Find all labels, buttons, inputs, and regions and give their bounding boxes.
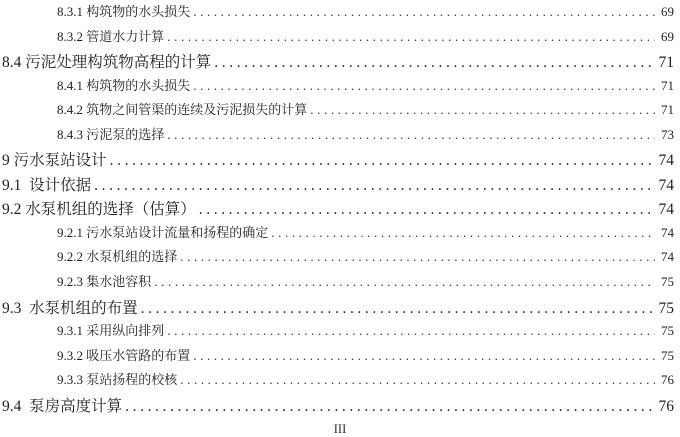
toc-entry-leader: ........................................…	[167, 323, 655, 339]
toc-entry[interactable]: 8.4.1 构筑物的水头损失 .........................…	[0, 75, 680, 100]
toc-entry[interactable]: 9.2.3 集水池容积 ............................…	[0, 271, 680, 296]
toc-entry-label: 9.1 设计依据	[2, 173, 91, 195]
toc-entry-label: 9.3 水泵机组的布置	[2, 296, 138, 318]
toc-entry[interactable]: 9.3.1 采用纵向排列 ...........................…	[0, 320, 680, 345]
toc-entry-leader: ........................................…	[310, 102, 655, 118]
toc-entry-page: 75	[656, 348, 674, 364]
document-page: 8.3.1 构筑物的水头损失 .........................…	[0, 0, 680, 437]
toc-entry[interactable]: 8.3.1 构筑物的水头损失 .........................…	[0, 1, 680, 26]
toc-entry[interactable]: 9.4 泵房高度计算 .............................…	[0, 394, 680, 419]
toc-entry-page: 76	[656, 372, 674, 388]
toc-entry-page: 74	[656, 152, 674, 170]
toc-entry-page: 76	[656, 398, 674, 416]
toc-entry[interactable]: 9.2.2 水泵机组的选择 ..........................…	[0, 246, 680, 271]
toc-entry-page: 73	[656, 127, 674, 143]
toc-entry-leader: ........................................…	[125, 398, 655, 416]
toc-entry-page: 71	[656, 102, 674, 118]
toc-entry-leader: ........................................…	[199, 201, 655, 219]
toc-entry-page: 74	[656, 201, 674, 219]
toc-entry-page: 71	[656, 54, 674, 72]
toc-entry[interactable]: 9 污水泵站设计 ...............................…	[0, 148, 680, 173]
toc-entry-page: 74	[656, 225, 674, 241]
toc-entry-label: 8.4.1 构筑物的水头损失	[57, 75, 190, 94]
toc-entry-label: 9 污水泵站设计	[2, 148, 107, 170]
toc-entry-leader: ........................................…	[154, 274, 655, 290]
toc-entry-leader: ........................................…	[193, 4, 655, 20]
toc-entry-leader: ........................................…	[214, 54, 655, 72]
toc-entry-leader: ........................................…	[141, 300, 655, 318]
toc-entry-label: 9.3.2 吸压水管路的布置	[57, 345, 190, 364]
toc-entry-label: 8.4 污泥处理构筑物高程的计算	[2, 50, 211, 72]
toc-entry[interactable]: 9.3.2 吸压水管路的布置 .........................…	[0, 345, 680, 370]
toc-entry-leader: ........................................…	[271, 225, 655, 241]
toc-entry-label: 9.4 泵房高度计算	[2, 394, 122, 416]
toc-entry-label: 9.3.1 采用纵向排列	[57, 320, 164, 339]
toc-entry-leader: ........................................…	[94, 177, 655, 195]
toc-entry-leader: ........................................…	[110, 152, 655, 170]
toc-entry[interactable]: 9.1 设计依据 ...............................…	[0, 173, 680, 198]
toc-entry-page: 75	[656, 274, 674, 290]
toc-entry-page: 74	[656, 177, 674, 195]
toc-entry-leader: ........................................…	[193, 348, 655, 364]
toc-entry-leader: ........................................…	[193, 78, 655, 94]
toc-entry-page: 69	[656, 4, 674, 20]
toc-entry-label: 9.2.2 水泵机组的选择	[57, 246, 177, 265]
toc-entry[interactable]: 9.3 水泵机组的布置 ............................…	[0, 296, 680, 321]
toc-entry-page: 69	[656, 29, 674, 45]
toc-list: 8.3.1 构筑物的水头损失 .........................…	[0, 1, 680, 418]
toc-entry-leader: ........................................…	[167, 29, 655, 45]
toc-entry[interactable]: 8.4.3 污泥泵的选择 ...........................…	[0, 124, 680, 149]
toc-entry-leader: ........................................…	[180, 249, 655, 265]
toc-entry[interactable]: 9.2 水泵机组的选择（估算） ........................…	[0, 197, 680, 222]
toc-entry-label: 9.2 水泵机组的选择（估算）	[2, 197, 196, 219]
toc-entry-page: 75	[656, 323, 674, 339]
toc-entry-label: 8.4.3 污泥泵的选择	[57, 124, 164, 143]
toc-entry-page: 75	[656, 300, 674, 318]
toc-entry-label: 9.2.1 污水泵站设计流量和扬程的确定	[57, 222, 268, 241]
toc-entry-leader: ........................................…	[180, 372, 655, 388]
footer-page-number: III	[0, 422, 680, 437]
toc-entry-label: 8.3.2 管道水力计算	[57, 26, 164, 45]
toc-entry[interactable]: 9.3.3 泵站扬程的校核 ..........................…	[0, 369, 680, 394]
toc-entry-page: 71	[656, 78, 674, 94]
toc-entry-page: 74	[656, 249, 674, 265]
toc-entry[interactable]: 8.3.2 管道水力计算 ...........................…	[0, 26, 680, 51]
toc-entry[interactable]: 8.4 污泥处理构筑物高程的计算 .......................…	[0, 50, 680, 75]
toc-entry[interactable]: 8.4.2 筑物之间管渠的连续及污泥损失的计算 ................…	[0, 99, 680, 124]
toc-entry-label: 9.3.3 泵站扬程的校核	[57, 369, 177, 388]
toc-entry[interactable]: 9.2.1 污水泵站设计流量和扬程的确定 ...................…	[0, 222, 680, 247]
toc-entry-label: 9.2.3 集水池容积	[57, 271, 151, 290]
toc-entry-label: 8.3.1 构筑物的水头损失	[57, 1, 190, 20]
toc-entry-label: 8.4.2 筑物之间管渠的连续及污泥损失的计算	[57, 99, 307, 118]
toc-entry-leader: ........................................…	[167, 127, 655, 143]
